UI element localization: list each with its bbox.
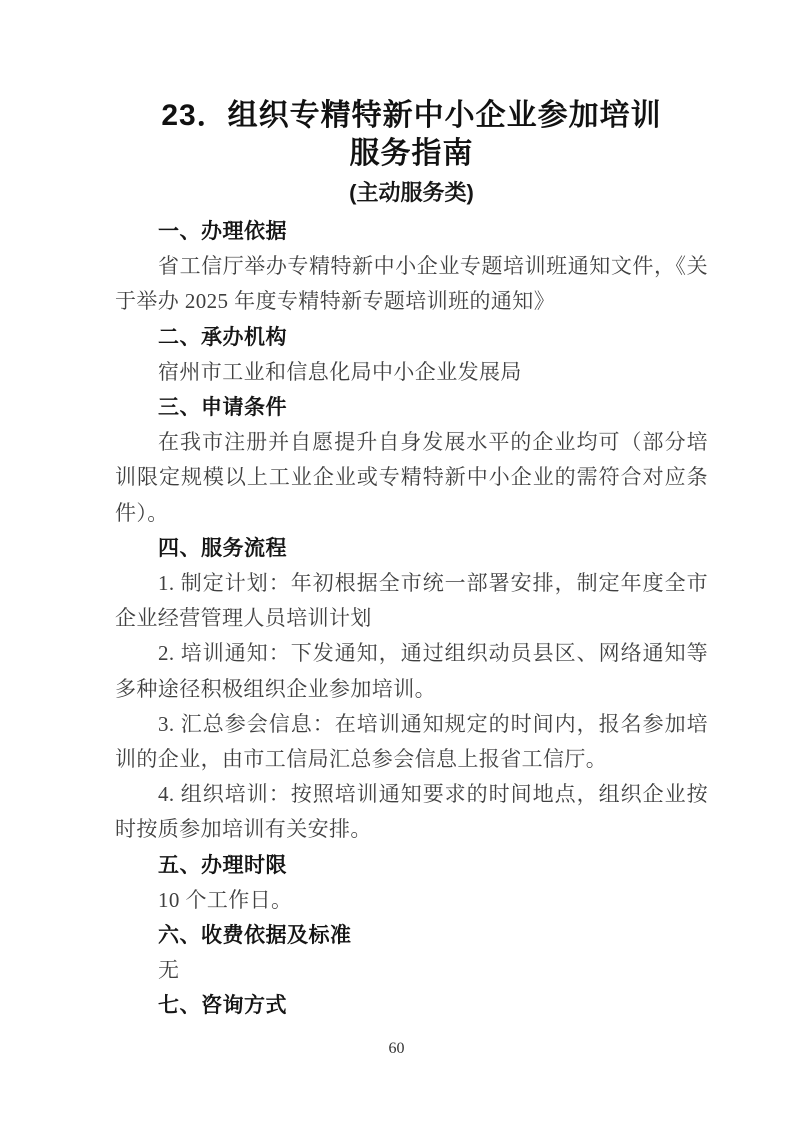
section-heading-6: 六、收费依据及标准 bbox=[115, 918, 708, 953]
document-content: 23．组织专精特新中小企业参加培训 服务指南 (主动服务类) 一、办理依据 省工… bbox=[115, 97, 708, 1024]
section-heading-3: 三、申请条件 bbox=[115, 390, 708, 425]
document-subtitle: (主动服务类) bbox=[115, 173, 708, 212]
section-heading-2: 二、承办机构 bbox=[115, 320, 708, 355]
section-heading-5: 五、办理时限 bbox=[115, 848, 708, 883]
section-4-paragraph-1: 1. 制定计划：年初根据全市统一部署安排，制定年度全市企业经营管理人员培训计划 bbox=[115, 566, 708, 636]
section-4-paragraph-3: 3. 汇总参会信息：在培训通知规定的时间内，报名参加培训的企业，由市工信局汇总参… bbox=[115, 707, 708, 777]
section-heading-4: 四、服务流程 bbox=[115, 531, 708, 566]
document-page: 23．组织专精特新中小企业参加培训 服务指南 (主动服务类) 一、办理依据 省工… bbox=[0, 0, 793, 1122]
document-body: 一、办理依据 省工信厅举办专精特新中小企业专题培训班通知文件，《关于举办 202… bbox=[115, 214, 708, 1024]
section-4-paragraph-4: 4. 组织培训：按照培训通知要求的时间地点，组织企业按时按质参加培训有关安排。 bbox=[115, 777, 708, 847]
section-heading-7: 七、咨询方式 bbox=[115, 988, 708, 1023]
page-number: 60 bbox=[0, 1040, 793, 1058]
document-title-line-1: 23．组织专精特新中小企业参加培训 bbox=[115, 97, 708, 135]
section-1-paragraph: 省工信厅举办专精特新中小企业专题培训班通知文件，《关于举办 2025 年度专精特… bbox=[115, 249, 708, 319]
document-title-line-2: 服务指南 bbox=[115, 135, 708, 173]
section-5-paragraph: 10 个工作日。 bbox=[115, 883, 708, 918]
section-2-paragraph: 宿州市工业和信息化局中小企业发展局 bbox=[115, 355, 708, 390]
section-3-paragraph: 在我市注册并自愿提升自身发展水平的企业均可（部分培训限定规模以上工业企业或专精特… bbox=[115, 425, 708, 531]
section-4-paragraph-2: 2. 培训通知：下发通知，通过组织动员县区、网络通知等多种途径积极组织企业参加培… bbox=[115, 636, 708, 706]
section-6-paragraph: 无 bbox=[115, 953, 708, 988]
section-heading-1: 一、办理依据 bbox=[115, 214, 708, 249]
